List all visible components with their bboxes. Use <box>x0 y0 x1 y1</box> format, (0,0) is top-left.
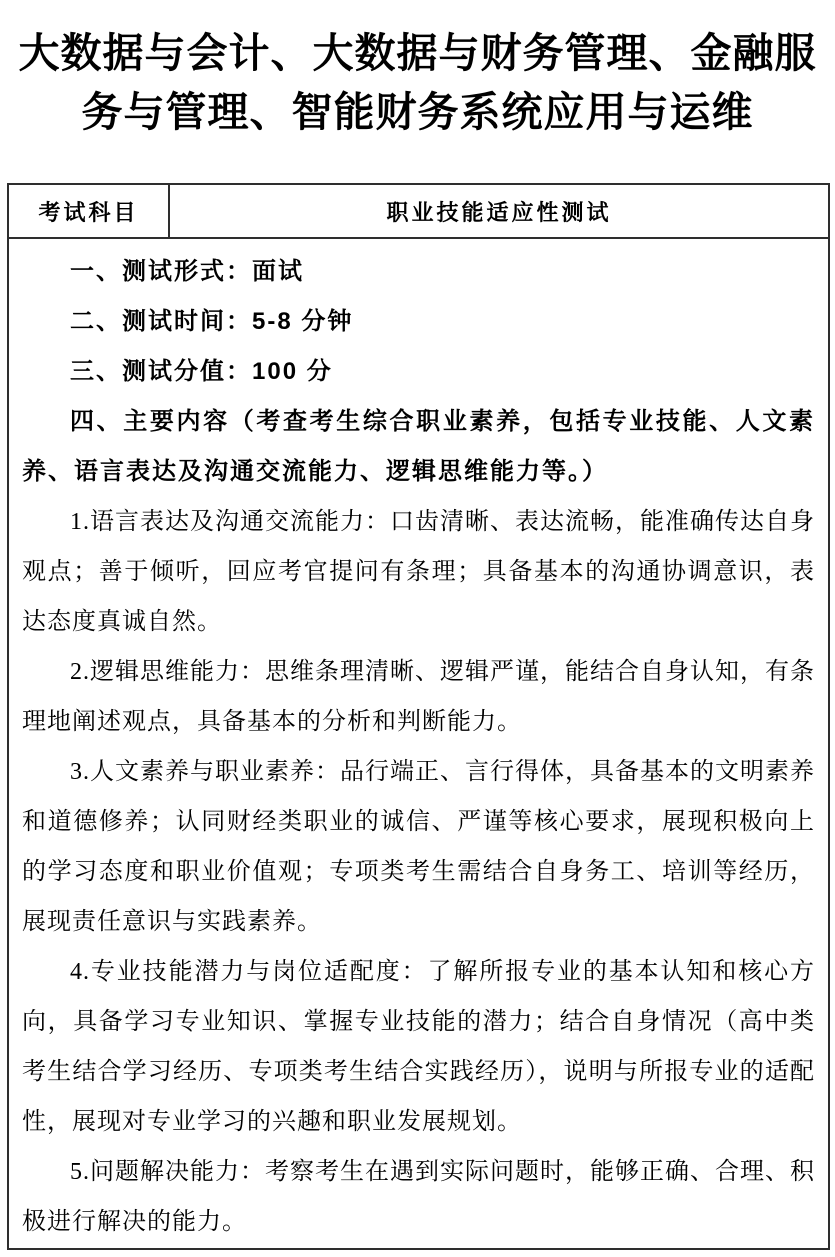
criteria-humanistic-professional-quality: 3.人文素养与职业素养：品行端正、言行得体，具备基本的文明素养和道德修养；认同财… <box>22 747 815 947</box>
page-title: 大数据与会计、大数据与财务管理、金融服 务与管理、智能财务系统应用与运维 <box>0 0 835 142</box>
criteria-problem-solving: 5.问题解决能力：考察考生在遇到实际问题时，能够正确、合理、积极进行解决的能力。 <box>22 1147 815 1247</box>
document-page: 大数据与会计、大数据与财务管理、金融服 务与管理、智能财务系统应用与运维 考试科… <box>0 0 835 1257</box>
rule-test-score: 三、测试分值：100 分 <box>22 347 815 397</box>
rule-test-duration: 二、测试时间：5-8 分钟 <box>22 297 815 347</box>
page-title-line-2: 务与管理、智能财务系统应用与运维 <box>82 89 754 135</box>
page-title-line-1: 大数据与会计、大数据与财务管理、金融服 <box>19 30 817 76</box>
criteria-professional-skill-fit: 4.专业技能潜力与岗位适配度：了解所报专业的基本认知和核心方向，具备学习专业知识… <box>22 947 815 1147</box>
table-body-cell: 一、测试形式：面试 二、测试时间：5-8 分钟 三、测试分值：100 分 四、主… <box>9 239 828 1247</box>
criteria-language-communication: 1.语言表达及沟通交流能力：口齿清晰、表达流畅，能准确传达自身观点；善于倾听，回… <box>22 497 815 647</box>
exam-subject-value-cell: 职业技能适应性测试 <box>170 185 828 237</box>
exam-info-table: 考试科目 职业技能适应性测试 一、测试形式：面试 二、测试时间：5-8 分钟 三… <box>7 183 830 1250</box>
exam-subject-label-cell: 考试科目 <box>9 185 170 237</box>
rule-test-format: 一、测试形式：面试 <box>22 247 815 297</box>
table-header-row: 考试科目 职业技能适应性测试 <box>9 185 828 239</box>
criteria-logical-thinking: 2.逻辑思维能力：思维条理清晰、逻辑严谨，能结合自身认知，有条理地阐述观点，具备… <box>22 647 815 747</box>
rule-main-content: 四、主要内容（考查考生综合职业素养，包括专业技能、人文素养、语言表达及沟通交流能… <box>22 397 815 497</box>
